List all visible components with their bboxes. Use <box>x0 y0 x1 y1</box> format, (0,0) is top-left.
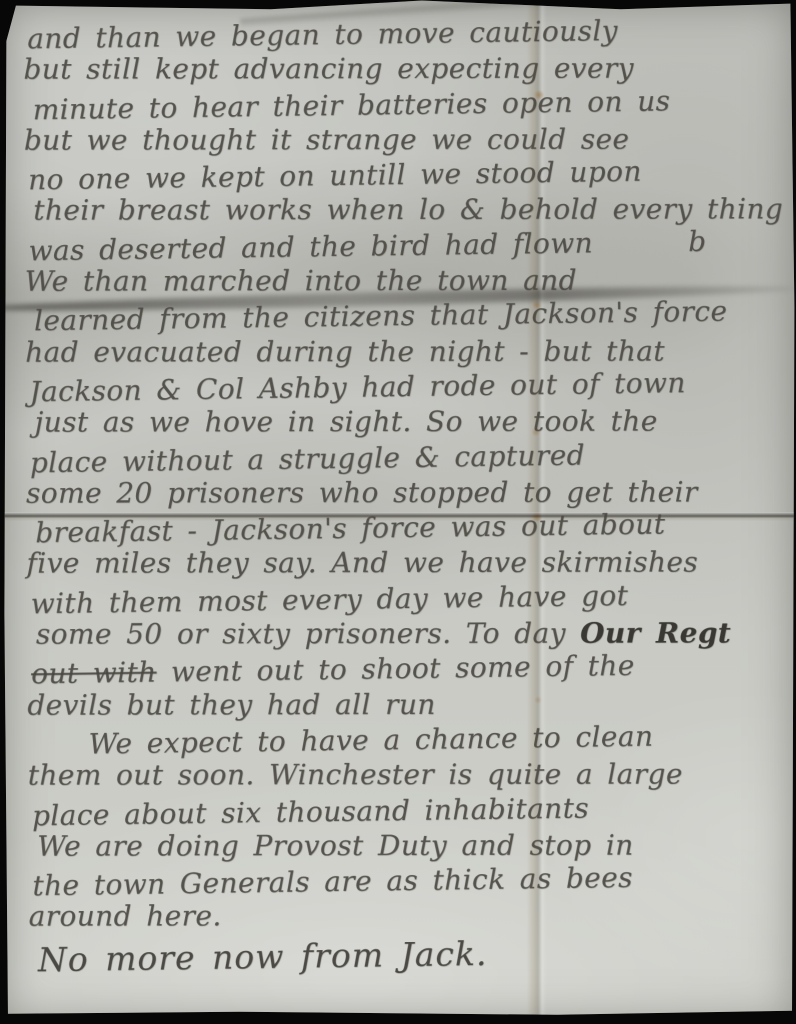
line-text: minute to hear their batteries open on u… <box>32 84 670 126</box>
line-text: We expect to have a chance to clean <box>88 720 653 761</box>
line-text: just as we hove in sight. So we took the <box>35 405 658 439</box>
line-text: was deserted and the bird had flown <box>28 226 593 267</box>
line-text: We are doing Provost Duty and stop in <box>37 828 634 862</box>
line-text: but we thought it strange we could see <box>24 123 630 157</box>
letter-line: their breast works when lo & behold ever… <box>33 192 784 229</box>
signature-line: No more now from Jack. <box>38 931 789 977</box>
line-text: no one we kept on untill we stood upon <box>28 155 642 197</box>
signature-text: No more now from Jack. <box>38 934 488 979</box>
letter-line: with them most every day we have got <box>30 575 786 621</box>
line-text: some 20 prisoners who stopped to get the… <box>26 475 698 509</box>
letter-line: minute to hear their batteries open on u… <box>32 81 783 127</box>
line-text: place without a struggle & captured <box>30 438 586 479</box>
line-text: devils but they had all run <box>27 688 436 722</box>
line-text: and than we began to move cautiously <box>27 14 618 55</box>
line-text: had evacuated during the night - but tha… <box>25 334 665 368</box>
letter-line: just as we hove in sight. So we took the <box>35 404 786 441</box>
line-text: around here. <box>29 900 222 933</box>
stray-mark: b <box>688 224 707 260</box>
letter-line: place about six thousand inhabitants <box>32 787 788 833</box>
line-text: some 50 or sixty prisoners. To day <box>36 617 580 651</box>
line-text: went out to shoot some of the <box>156 649 635 689</box>
letter-line: had evacuated during the night - but tha… <box>25 333 785 370</box>
line-text: their breast works when lo & behold ever… <box>33 193 783 227</box>
line-text: but still kept advancing expecting every <box>23 52 634 86</box>
line-text: Jackson & Col Ashby had rode out of town <box>29 366 686 408</box>
letter-body: and than we began to move cautiously but… <box>23 14 789 975</box>
line-text: them out soon. Winchester is quite a lar… <box>28 758 683 792</box>
letter-line: place without a struggle & captured <box>30 434 786 480</box>
line-text: place about six thousand inhabitants <box>32 791 590 832</box>
line-text: with them most every day we have got <box>30 579 628 620</box>
crossed-out-text: out with <box>31 656 157 691</box>
line-text: learned from the citizens that Jackson's… <box>34 295 728 338</box>
letter-line: We are doing Provost Duty and stop in <box>37 827 788 864</box>
line-text: the town Generals are as thick as bees <box>32 861 633 902</box>
overwritten-text: Our Regt <box>580 616 731 649</box>
letter-line: around here. <box>29 898 789 935</box>
line-text: five miles they say. And we have skirmis… <box>26 546 698 580</box>
letter-paper-scan: and than we began to move cautiously but… <box>0 0 796 1024</box>
letter-line: five miles they say. And we have skirmis… <box>26 545 786 582</box>
letter-line: but still kept advancing expecting every <box>23 51 783 88</box>
line-text: breakfast - Jackson's force was out abou… <box>35 508 666 550</box>
letter-line: was deserted and the bird had flownb <box>28 222 784 268</box>
letter-line: devils but they had all run <box>27 686 787 723</box>
line-text: We than marched into the town and <box>25 264 577 298</box>
letter-line: them out soon. Winchester is quite a lar… <box>28 757 788 794</box>
letter-line: learned from the citizens that Jackson's… <box>34 293 785 339</box>
letter-line: out with went out to shoot some of the <box>31 646 787 692</box>
